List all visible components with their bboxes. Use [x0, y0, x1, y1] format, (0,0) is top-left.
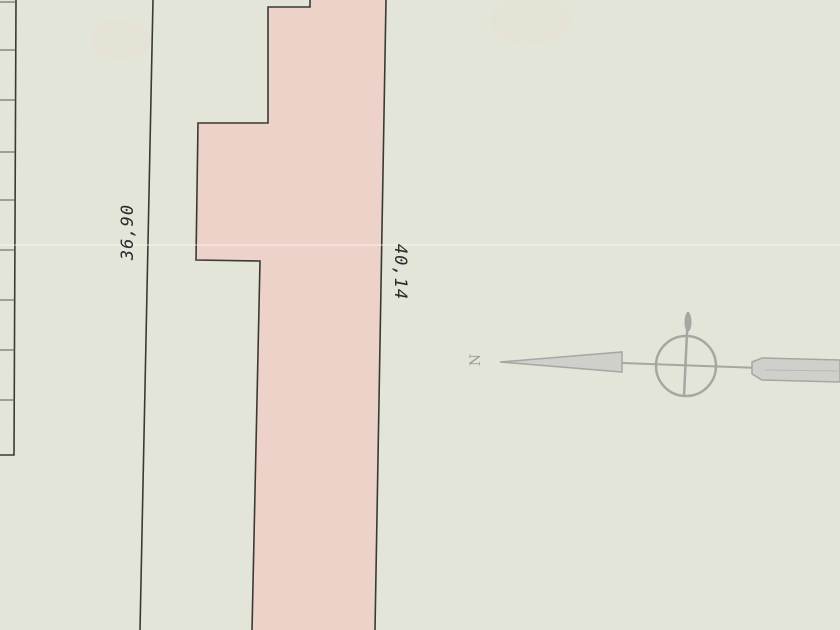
map-sheet: 36,90 40,14 N [0, 0, 840, 630]
north-label: N [468, 354, 484, 366]
dimension-label-left: 36,90 [118, 204, 138, 260]
plan-drawing [0, 0, 840, 630]
dimension-label-right: 40,14 [390, 244, 410, 300]
